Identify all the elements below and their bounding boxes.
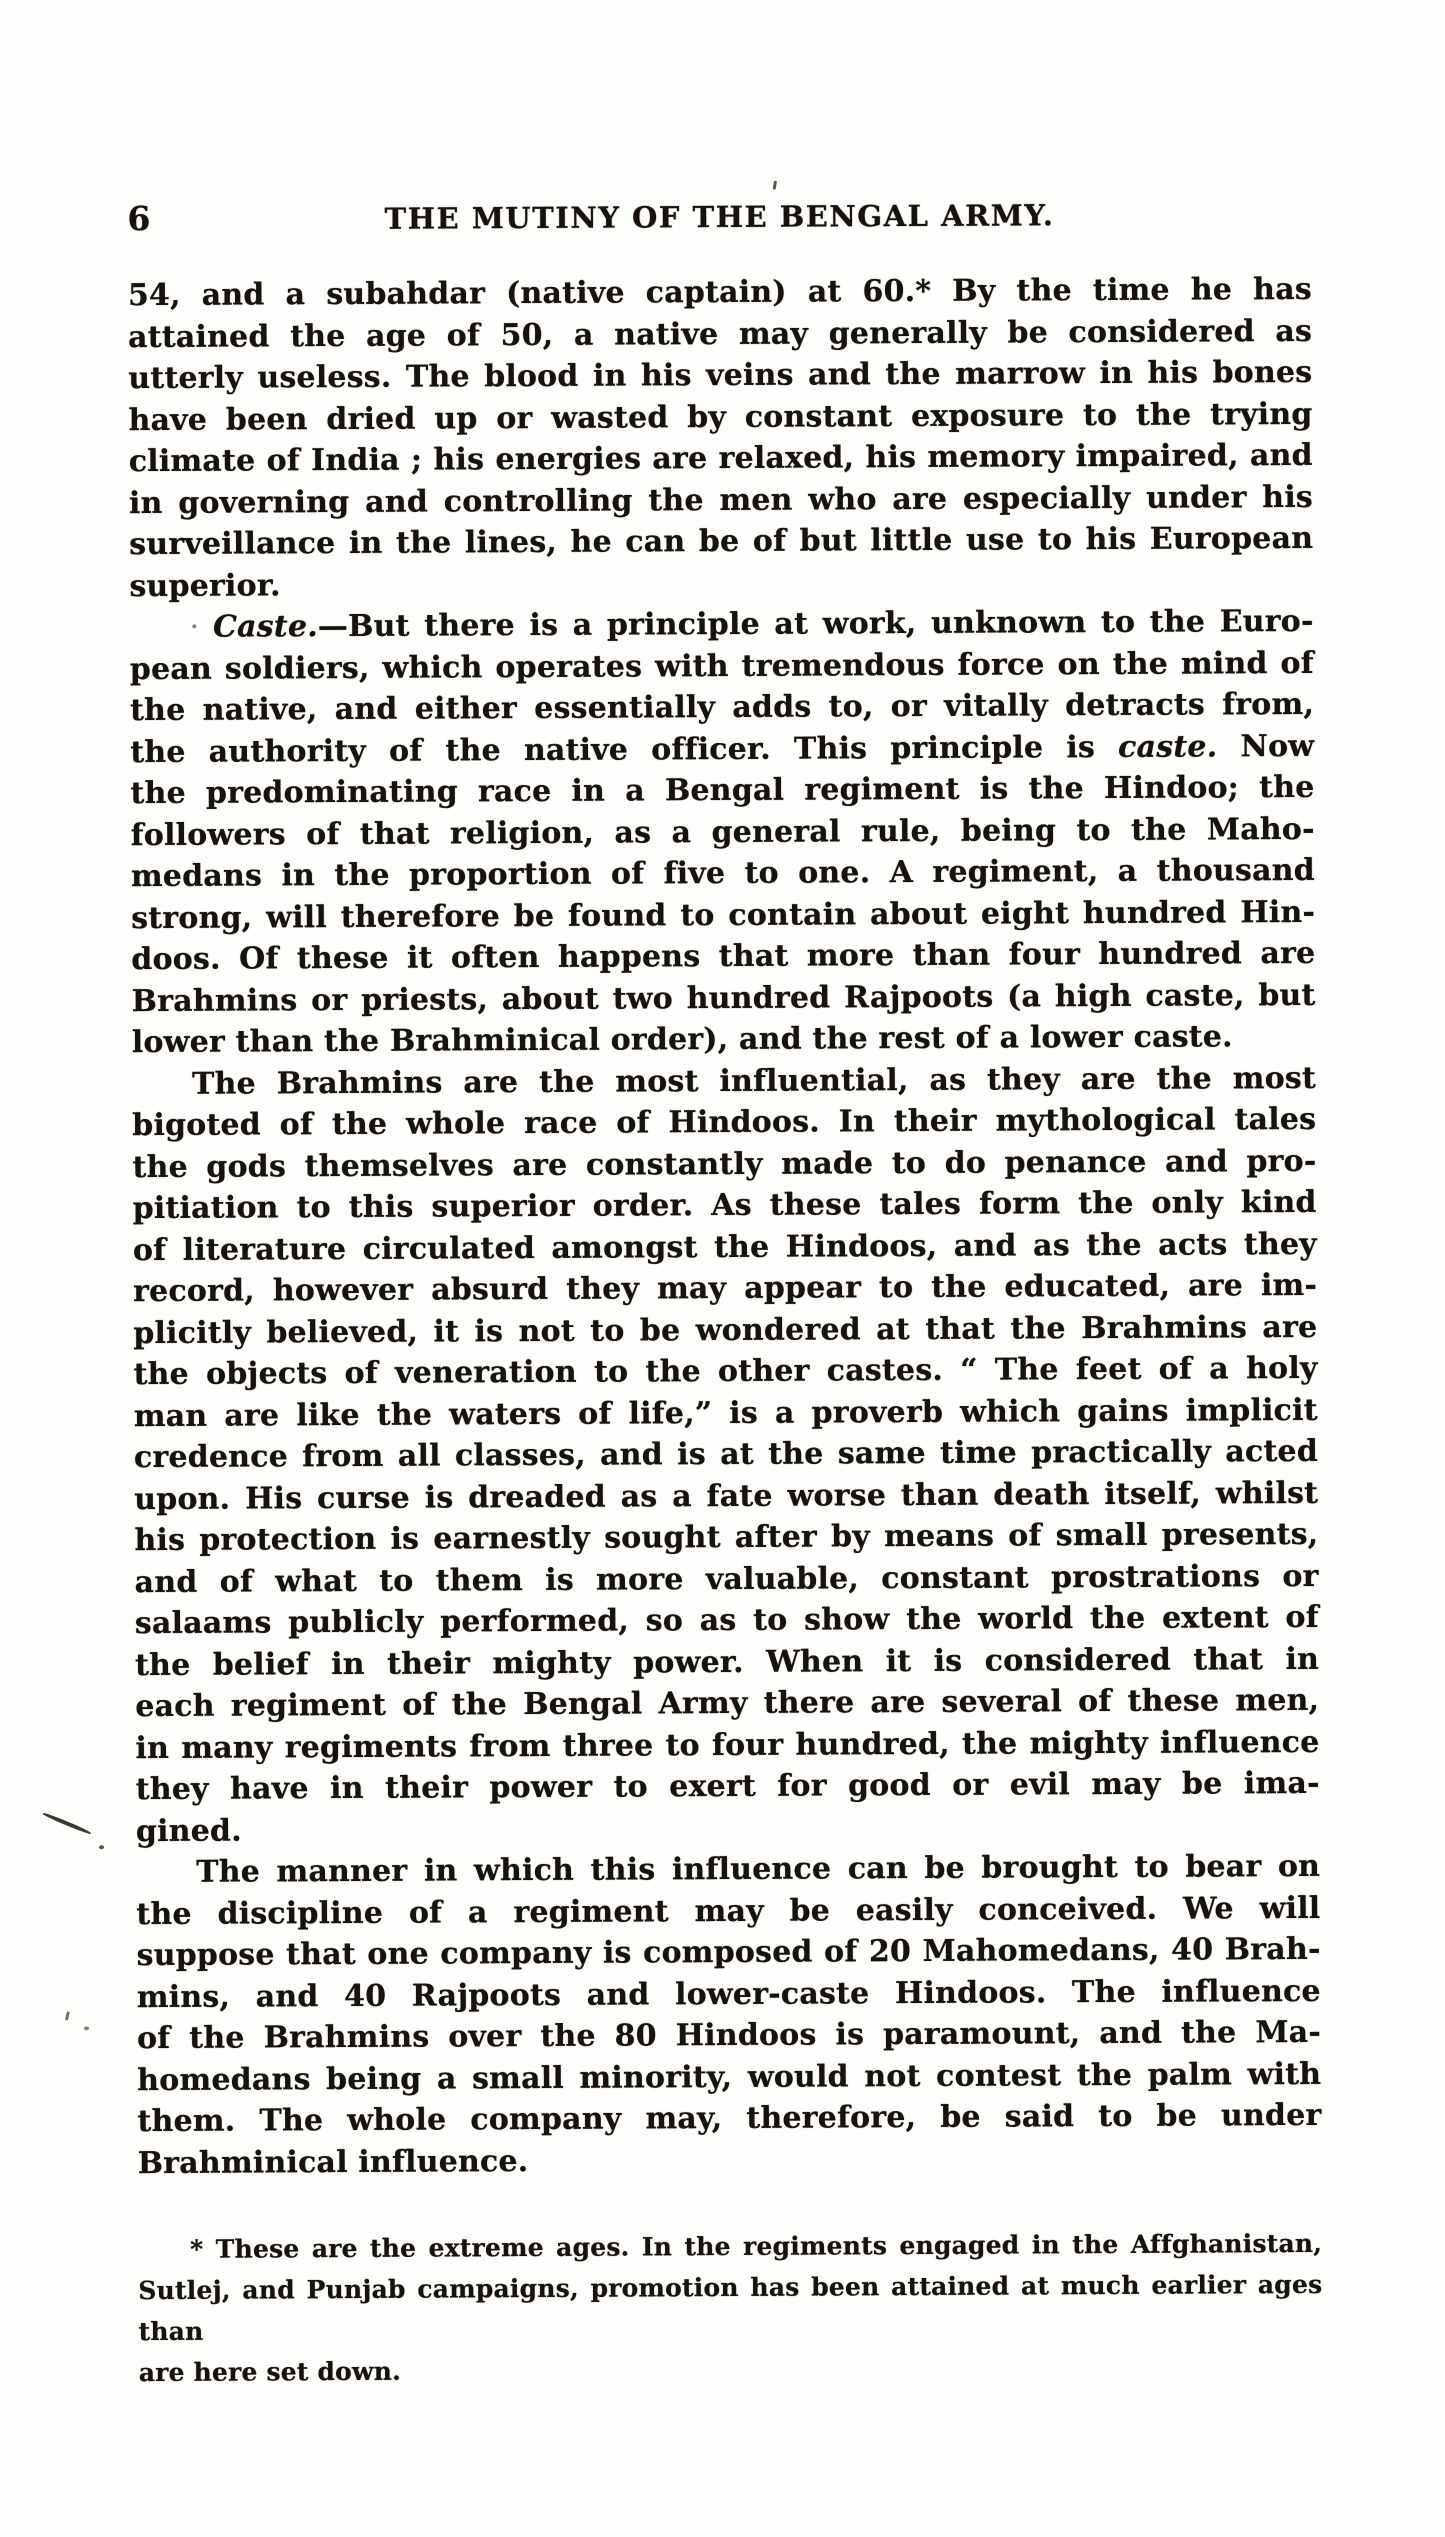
running-head: 6 THE MUTINY OF THE BENGAL ARMY. bbox=[127, 193, 1311, 243]
text-line: lower than the Brahminical order), and t… bbox=[132, 1016, 1316, 1064]
text-line: the objects of veneration to the other c… bbox=[133, 1348, 1317, 1396]
text-line: pitiation to this superior order. As the… bbox=[133, 1182, 1317, 1230]
text-line: Sutlej, and Punjab campaigns, promotion … bbox=[138, 2264, 1322, 2352]
text-line: homedans being a small minority, would n… bbox=[137, 2053, 1321, 2101]
text-line: attained the age of 50, a native may gen… bbox=[128, 310, 1312, 358]
text-line: them. The whole company may, therefore, … bbox=[137, 2095, 1321, 2143]
text-line: record, however absurd they may appear t… bbox=[133, 1265, 1317, 1313]
text-line: have been dried up or wasted by constant… bbox=[128, 393, 1312, 441]
text-line: the belief in their mighty power. When i… bbox=[135, 1638, 1319, 1686]
text-line: pean soldiers, which operates with treme… bbox=[130, 642, 1314, 690]
text-segment: Now bbox=[1217, 728, 1314, 764]
italic-word: caste. bbox=[1118, 729, 1217, 765]
text-line: Brahmins or priests, about two hundred R… bbox=[131, 974, 1315, 1022]
text-line: medans in the proportion of five to one.… bbox=[131, 850, 1315, 898]
text-line: credence from all classes, and is at the… bbox=[134, 1431, 1318, 1479]
ink-speck bbox=[65, 2011, 70, 2020]
running-title: THE MUTINY OF THE BENGAL ARMY. bbox=[127, 197, 1311, 237]
text-line: * These are the extreme ages. In the reg… bbox=[138, 2223, 1322, 2270]
text-line: are here set down. bbox=[139, 2346, 1323, 2393]
footnote: * These are the extreme ages. In the reg… bbox=[138, 2223, 1323, 2393]
text-line: upon. His curse is dreaded as a fate wor… bbox=[134, 1472, 1318, 1520]
text-segment: —But there is a principle at work, unkno… bbox=[318, 604, 1314, 644]
pen-mark bbox=[42, 1812, 92, 1836]
text-line: doos. Of these it often happens that mor… bbox=[131, 933, 1315, 981]
text-line: they have in their power to exert for go… bbox=[136, 1763, 1320, 1811]
ink-speck bbox=[84, 2026, 89, 2030]
text-line: in governing and controlling the men who… bbox=[129, 476, 1313, 524]
page-body-text: 54, and a subahdar (native captain) at 6… bbox=[128, 269, 1322, 2184]
text-line: man are like the waters of life,” is a p… bbox=[134, 1389, 1318, 1437]
text-line: suppose that one company is composed of … bbox=[136, 1929, 1320, 1977]
text-line: the predominating race in a Bengal regim… bbox=[130, 767, 1314, 815]
text-line: his protection is earnestly sought after… bbox=[134, 1514, 1318, 1562]
text-line: the gods themselves are constantly made … bbox=[132, 1140, 1316, 1188]
text-line: of literature circulated amongst the Hin… bbox=[133, 1223, 1317, 1271]
text-segment: the authority of the native officer. Thi… bbox=[130, 729, 1118, 769]
text-line: surveillance in the lines, he can be of … bbox=[129, 518, 1313, 566]
text-line: utterly useless. The blood in his veins … bbox=[128, 352, 1312, 400]
text-line: and of what to them is more valuable, co… bbox=[135, 1555, 1319, 1603]
pen-mark-dot bbox=[99, 1845, 104, 1849]
text-line: the authority of the native officer. Thi… bbox=[130, 725, 1314, 773]
text-line: The Brahmins are the most influential, a… bbox=[132, 1057, 1316, 1105]
text-line: Brahminical influence. bbox=[138, 2136, 1322, 2184]
ink-speck bbox=[773, 181, 777, 190]
text-line: bigoted of the whole race of Hindoos. In… bbox=[132, 1099, 1316, 1147]
text-line: in many regiments from three to four hun… bbox=[135, 1721, 1319, 1769]
text-line: the native, and either essentially adds … bbox=[130, 684, 1314, 732]
text-segment: · bbox=[190, 610, 214, 645]
text-line: of the Brahmins over the 80 Hindoos is p… bbox=[137, 2012, 1321, 2060]
text-line: plicitly believed, it is not to be wonde… bbox=[133, 1306, 1317, 1354]
text-line: superior. bbox=[129, 559, 1313, 607]
text-line: gined. bbox=[136, 1804, 1320, 1852]
text-line: 54, and a subahdar (native captain) at 6… bbox=[128, 269, 1312, 317]
text-line: climate of India ; his energies are rela… bbox=[129, 435, 1313, 483]
text-line: The manner in which this influence can b… bbox=[136, 1846, 1320, 1894]
text-line: mins, and 40 Rajpoots and lower-caste Hi… bbox=[137, 1970, 1321, 2018]
text-line: strong, will therefore be found to conta… bbox=[131, 891, 1315, 939]
text-line: · Caste.—But there is a principle at wor… bbox=[130, 601, 1314, 649]
text-line: the discipline of a regiment may be easi… bbox=[136, 1887, 1320, 1935]
text-line: salaams publicly performed, so as to sho… bbox=[135, 1597, 1319, 1645]
text-line: followers of that religion, as a general… bbox=[131, 808, 1315, 856]
scanned-page-content: 6 THE MUTINY OF THE BENGAL ARMY. 54, and… bbox=[0, 0, 1445, 2537]
book-page: 6 THE MUTINY OF THE BENGAL ARMY. 54, and… bbox=[0, 0, 1445, 2537]
italic-word: Caste. bbox=[213, 609, 318, 645]
text-line: each regiment of the Bengal Army there a… bbox=[135, 1680, 1319, 1728]
